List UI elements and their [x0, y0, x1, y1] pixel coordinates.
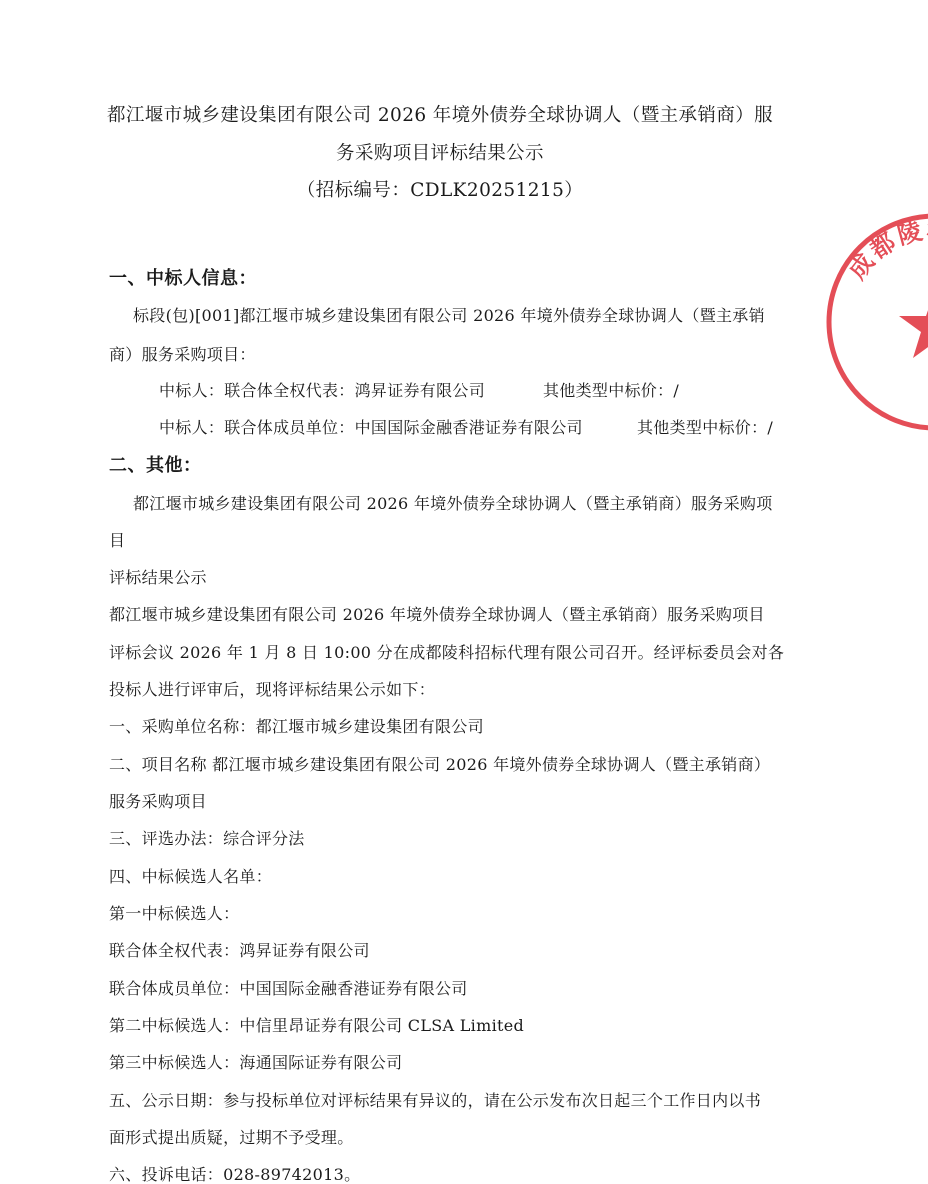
paragraph-line: 目 — [109, 531, 125, 551]
lot-description-line-1: 标段(包)[001]都江堰市城乡建设集团有限公司 2026 年境外债券全球协调人… — [133, 306, 765, 326]
star-icon — [899, 290, 928, 358]
paragraph-line: 评标会议 2026 年 1 月 8 日 10:00 分在成都陵科招标代理有限公司… — [109, 643, 784, 663]
paragraph-line: 五、公示日期：参与投标单位对评标结果有异议的，请在公示发布次日起三个工作日内以书 — [109, 1091, 761, 1111]
document-title-line-1: 都江堰市城乡建设集团有限公司 2026 年境外债券全球协调人（暨主承销商）服 — [0, 104, 880, 128]
paragraph-line: 第三中标候选人：海通国际证券有限公司 — [109, 1053, 402, 1073]
paragraph-line: 六、投诉电话：028-89742013。 — [109, 1165, 360, 1184]
paragraph-line: 评标结果公示 — [109, 568, 207, 588]
section-1-heading: 一、中标人信息： — [109, 268, 257, 290]
paragraph-line: 四、中标候选人名单： — [109, 867, 272, 887]
document-title-line-2: 务采购项目评标结果公示 — [0, 142, 880, 166]
paragraph-line: 第二中标候选人：中信里昂证券有限公司 CLSA Limited — [109, 1016, 524, 1036]
document-page: 都江堰市城乡建设集团有限公司 2026 年境外债券全球协调人（暨主承销商）服 务… — [0, 0, 928, 1184]
paragraph-line: 三、评选办法：综合评分法 — [109, 829, 305, 849]
winner-1-label: 中标人：联合体全权代表：鸿昇证券有限公司 — [159, 381, 485, 401]
official-seal: 成都陵科招标代理有限公司 — [825, 212, 928, 432]
winner-2-price: 其他类型中标价：/ — [637, 418, 773, 438]
paragraph-line: 面形式提出质疑，过期不予受理。 — [109, 1128, 354, 1148]
paragraph-line: 一、采购单位名称：都江堰市城乡建设集团有限公司 — [109, 717, 484, 737]
paragraph-line: 第一中标候选人： — [109, 904, 239, 924]
winner-2-label: 中标人：联合体成员单位：中国国际金融香港证券有限公司 — [159, 418, 583, 438]
paragraph-line: 投标人进行评审后，现将评标结果公示如下： — [109, 680, 435, 700]
tender-number: （招标编号：CDLK20251215） — [0, 179, 880, 203]
paragraph-line: 联合体成员单位：中国国际金融香港证券有限公司 — [109, 979, 468, 999]
paragraph-line: 二、项目名称 都江堰市城乡建设集团有限公司 2026 年境外债券全球协调人（暨主… — [109, 755, 770, 775]
paragraph-line: 服务采购项目 — [109, 792, 207, 812]
winner-1-price: 其他类型中标价：/ — [543, 381, 679, 401]
section-2-heading: 二、其他： — [109, 455, 202, 477]
seal-icon: 成都陵科招标代理有限公司 — [825, 212, 928, 432]
paragraph-line: 都江堰市城乡建设集团有限公司 2026 年境外债券全球协调人（暨主承销商）服务采… — [133, 494, 773, 514]
paragraph-line: 都江堰市城乡建设集团有限公司 2026 年境外债券全球协调人（暨主承销商）服务采… — [109, 605, 765, 625]
paragraph-line: 联合体全权代表：鸿昇证券有限公司 — [109, 941, 370, 961]
lot-description-line-2: 商）服务采购项目： — [109, 345, 256, 365]
